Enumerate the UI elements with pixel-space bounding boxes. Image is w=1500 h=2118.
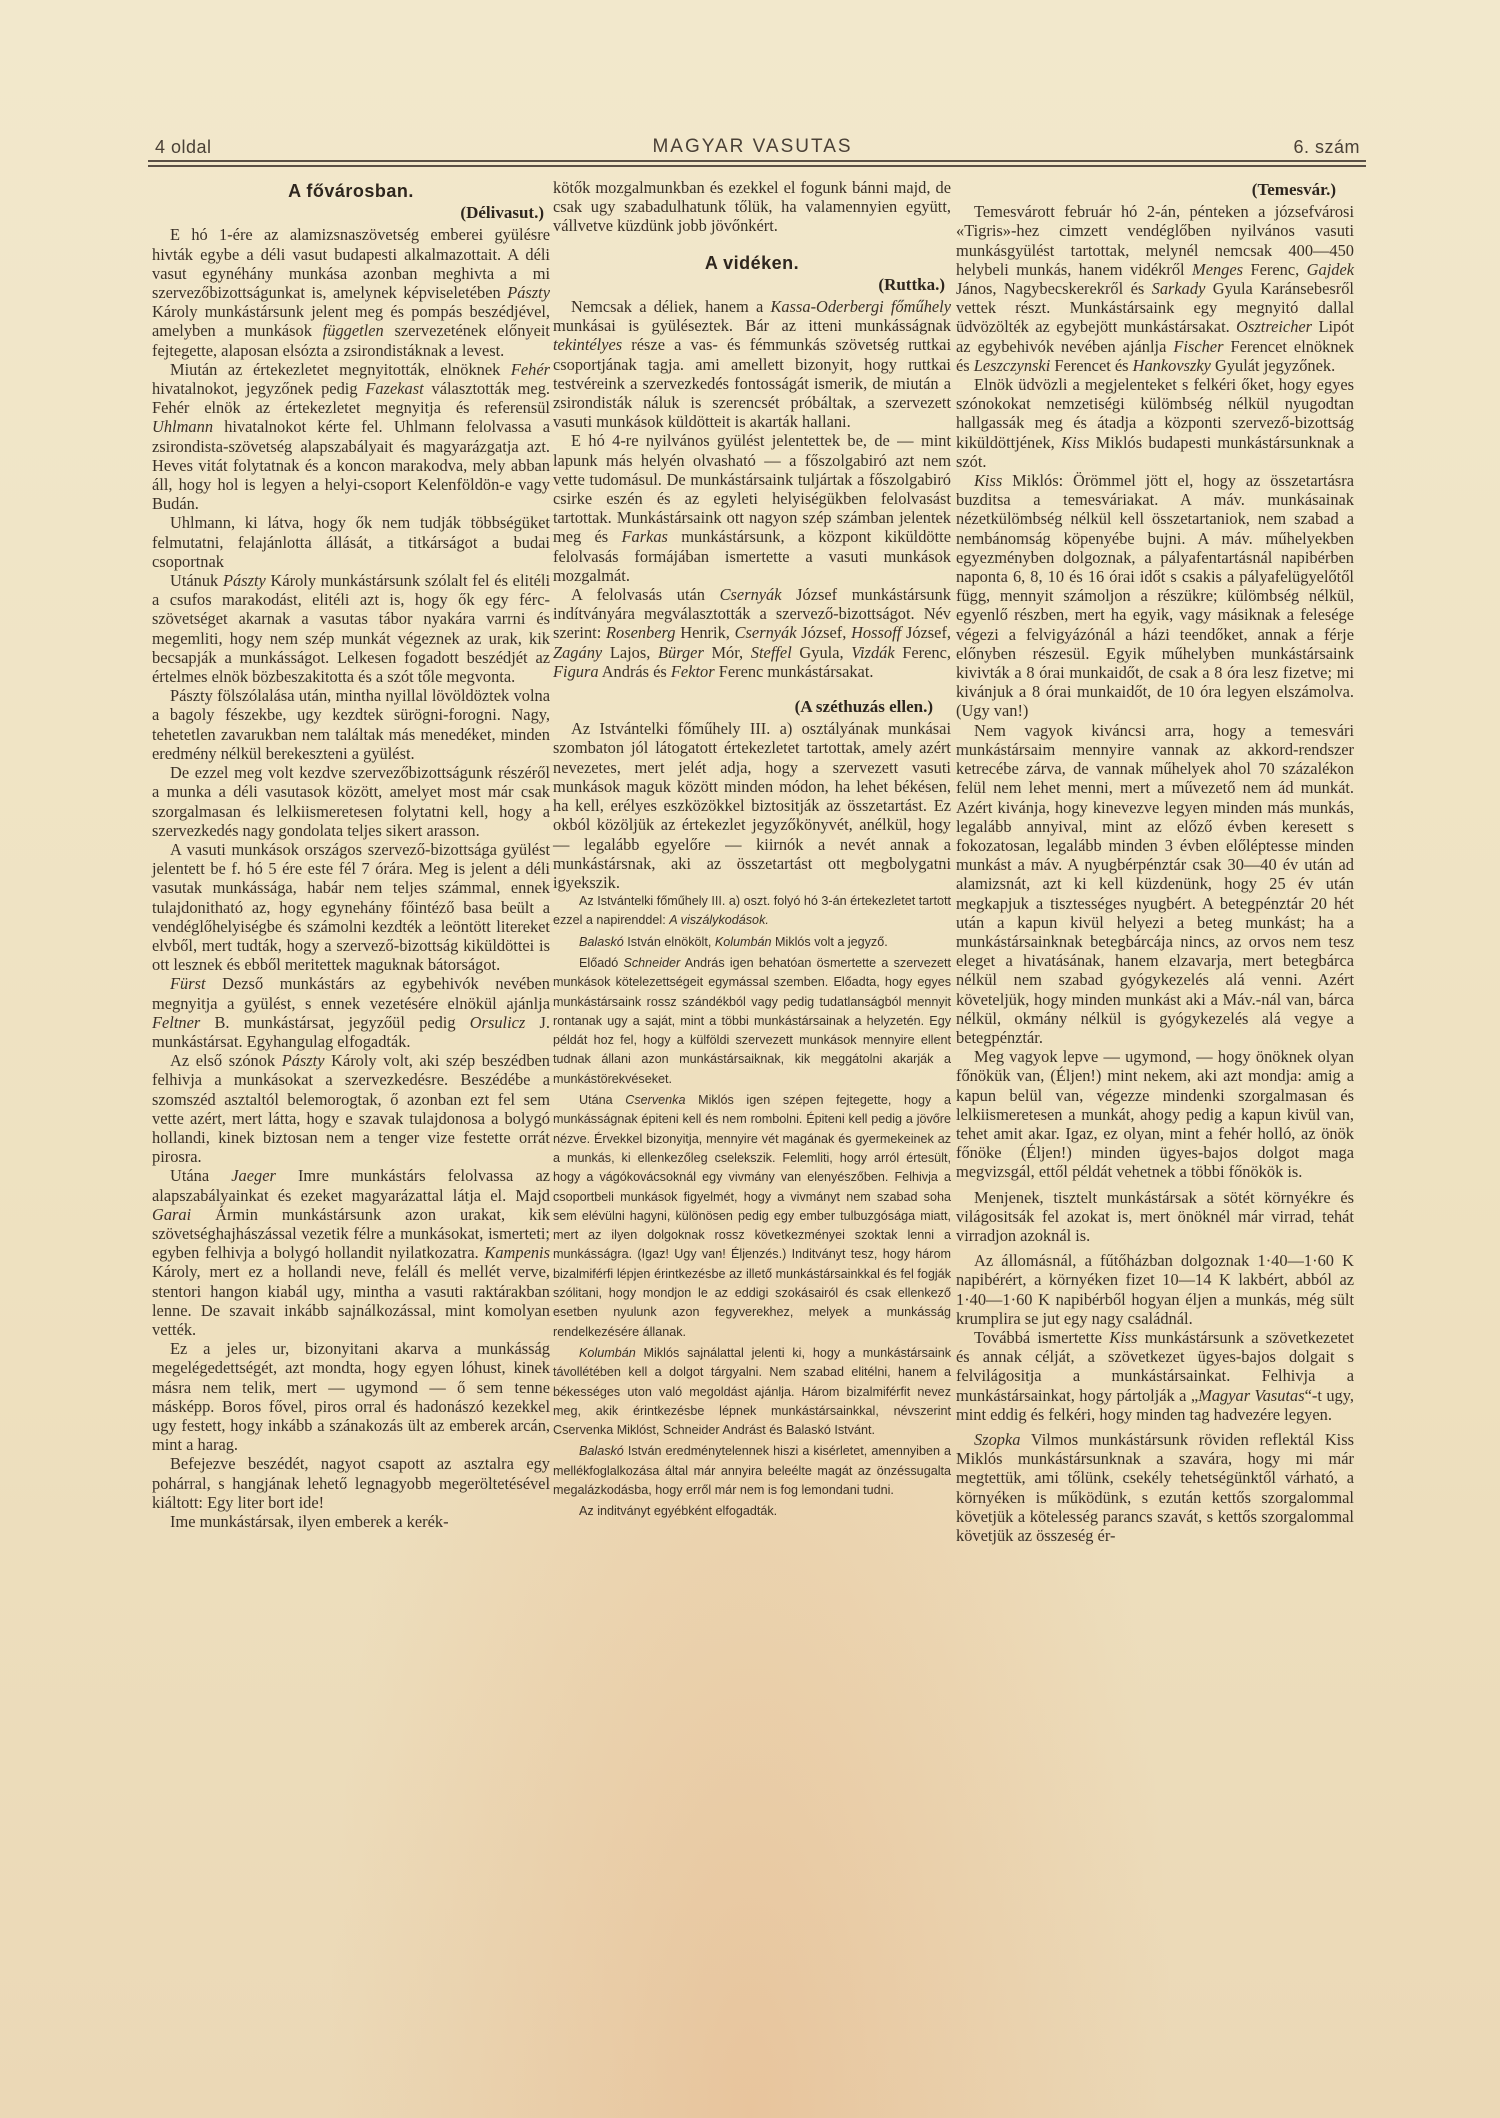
emphasized-name: Osztreicher (1236, 317, 1312, 336)
text-run: Uhlmann, ki látva, hogy ők nem tudják tö… (152, 513, 550, 570)
emphasized-name: Farkas (621, 527, 667, 546)
article-paragraph: Befejezve beszédét, nagyot csapott az as… (152, 1454, 550, 1512)
emphasized-name: Kampenis (484, 1243, 550, 1262)
text-run: Ime munkástársak, ilyen emberek a kerék- (170, 1512, 449, 1531)
text-run: hivatalnokot, jegyzőnek pedig (152, 379, 365, 398)
article-paragraph: A felolvasás után Csernyák József munkás… (553, 585, 951, 681)
article-paragraph: Kiss Miklós: Örömmel jött el, hogy az ös… (956, 471, 1354, 721)
emphasized-name: Steffel (751, 643, 792, 662)
emphasized-name: Schneider (623, 956, 680, 970)
emphasized-name: Jaeger (231, 1166, 276, 1185)
text-run: Henrik, (676, 623, 735, 642)
text-run: Miklós: Örömmel jött el, hogy az összeta… (956, 471, 1354, 720)
text-run: Ferenc, (1243, 260, 1307, 279)
text-run: József, (797, 623, 852, 642)
spacer (553, 681, 951, 695)
column-left: A fővárosban.(Délivasut.)E hó 1-ére az a… (152, 178, 550, 1531)
text-run: Ez a jeles ur, bizonyitani akarva a munk… (152, 1339, 550, 1454)
page-header: 4 oldal MAGYAR VASUTAS 6. szám (155, 128, 1360, 158)
text-run: Miután az értekezletet megnyitották, eln… (170, 360, 511, 379)
section-heading: A fővárosban. (152, 182, 550, 201)
article-paragraph: kötők mozgalmunkban és ezekkel el fogunk… (553, 178, 951, 236)
section-subheading: (Temesvár.) (956, 180, 1336, 199)
emphasized-name: Orsulicz (470, 1013, 526, 1032)
text-run: Nem vagyok kiváncsi arra, hogy a temesvá… (956, 721, 1354, 1047)
emphasized-name: független (323, 321, 384, 340)
text-run: József, (901, 623, 951, 642)
article-paragraph: Utánuk Pászty Károly munkástársunk szóla… (152, 571, 550, 686)
text-run: De ezzel meg volt kezdve szervezőbizotts… (152, 763, 550, 840)
article-paragraph: Szopka Vilmos munkástársunk röviden refl… (956, 1430, 1354, 1545)
article-paragraph: A vasuti munkások országos szervező-bizo… (152, 840, 550, 974)
article-paragraph: Utána Jaeger Imre munkástárs felolvassa … (152, 1166, 550, 1339)
emphasized-name: Fazekast (365, 379, 423, 398)
minutes-small-print: Az Istvántelki főműhely III. a) oszt. fo… (553, 892, 951, 1522)
article-paragraph: E hó 1-ére az alamizsnaszövetség emberei… (152, 225, 550, 359)
text-run: Előadó (579, 956, 623, 970)
emphasized-name: Balaskó (579, 1444, 624, 1458)
text-run: János, Nagybecskerekről és (956, 279, 1152, 298)
article-paragraph: Nemcsak a déliek, hanem a Kassa-Oderberg… (553, 297, 951, 431)
minutes-paragraph: Előadó Schneider András igen behatóan ös… (553, 954, 951, 1089)
text-run: B. munkástársat, jegyzőül pedig (200, 1013, 470, 1032)
emphasized-name: Rosenberg (606, 623, 676, 642)
emphasized-name: Vizdák (851, 643, 894, 662)
emphasized-name: Pászty (507, 283, 550, 302)
article-paragraph: Fürst Dezső munkástárs az egybehivók nev… (152, 974, 550, 1051)
text-run: Miklós volt a jegyző. (772, 935, 888, 949)
text-run: Meg vagyok lepve — ugymond, — hogy önökn… (956, 1047, 1354, 1181)
article-paragraph: Továbbá ismertette Kiss munkástársunk a … (956, 1328, 1354, 1424)
emphasized-name: Pászty (223, 571, 266, 590)
text-run: Utána (170, 1166, 231, 1185)
emphasized-name: Cservenka (625, 1093, 685, 1107)
column-middle: kötők mozgalmunkban és ezekkel el fogunk… (553, 178, 951, 1524)
article-paragraph: E hó 4-re nyilvános gyülést jelentettek … (553, 431, 951, 585)
emphasized-name: Fischer (1173, 337, 1223, 356)
column-right: (Temesvár.)Temesvárott február hó 2-án, … (956, 178, 1354, 1545)
article-paragraph: De ezzel meg volt kezdve szervezőbizotts… (152, 763, 550, 840)
emphasized-name: Bürger (658, 643, 704, 662)
emphasized-name: tekintélyes (553, 335, 622, 354)
emphasized-name: Pászty (282, 1051, 325, 1070)
article-paragraph: Uhlmann, ki látva, hogy ők nem tudják tö… (152, 513, 550, 571)
text-run: Gyulát jegyzőnek. (1211, 356, 1335, 375)
text-run: E hó 1-ére az alamizsnaszövetség emberei… (152, 225, 550, 302)
article-paragraph: Nem vagyok kiváncsi arra, hogy a temesvá… (956, 721, 1354, 1047)
minutes-paragraph: Az Istvántelki főműhely III. a) oszt. fo… (553, 892, 951, 931)
article-paragraph: Meg vagyok lepve — ugymond, — hogy önökn… (956, 1047, 1354, 1181)
article-paragraph: Elnök üdvözli a megjelenteket s felkéri … (956, 375, 1354, 471)
article-paragraph: Pászty fölszólalása után, mintha nyillal… (152, 686, 550, 763)
text-run: Az Istvántelki főműhely III. a) osztályá… (553, 719, 951, 892)
minutes-paragraph: Az inditványt egyébként elfogadták. (553, 1502, 951, 1521)
emphasized-name: Feltner (152, 1013, 200, 1032)
emphasized-name: Garai (152, 1205, 191, 1224)
article-paragraph: Az első szónok Pászty Károly volt, aki s… (152, 1051, 550, 1166)
article-paragraph: Temesvárott február hó 2-án, pénteken a … (956, 202, 1354, 375)
emphasized-name: Balaskó (579, 935, 624, 949)
emphasized-name: Uhlmann (152, 417, 213, 436)
text-run: Menjenek, tisztelt munkástársak a sötét … (956, 1188, 1354, 1245)
text-run: Ferencet és (1050, 356, 1132, 375)
emphasized-name: Csernyák (720, 585, 782, 604)
header-double-rule (148, 160, 1366, 167)
emphasized-name: Kassa-Oderbergi főműhely (770, 297, 951, 316)
minutes-paragraph: Utána Cservenka Miklós igen szépen fejte… (553, 1091, 951, 1342)
article-paragraph: Miután az értekezletet megnyitották, eln… (152, 360, 550, 514)
text-run: Ferenc munkástársakat. (715, 662, 874, 681)
emphasized-name: Leszczynski (974, 356, 1050, 375)
text-run: Mór, (704, 643, 751, 662)
text-run: Utána (579, 1093, 625, 1107)
emphasized-name: Hossoff (851, 623, 901, 642)
article-paragraph: Az Istvántelki főműhely III. a) osztályá… (553, 719, 951, 892)
section-heading: A vidéken. (553, 254, 951, 273)
section-subheading: (Ruttka.) (553, 275, 945, 294)
text-run: Miklós igen szépen fejtegette, hogy a mu… (553, 1093, 951, 1339)
spacer (553, 236, 951, 250)
emphasized-name: Fektor (671, 662, 715, 681)
emphasized-name: Figura (553, 662, 599, 681)
issue-number: 6. szám (1293, 137, 1360, 158)
text-run: András és (599, 662, 671, 681)
emphasized-name: Hankovszky (1133, 356, 1211, 375)
emphasized-name: Sarkady (1152, 279, 1206, 298)
emphasized-name: A viszálykodások. (669, 913, 769, 927)
article-paragraph: Az állomásnál, a fűtőházban dolgoznak 1·… (956, 1251, 1354, 1328)
text-run: Károly, mert ez a hollandi neve, feláll … (152, 1262, 550, 1339)
emphasized-name: Szopka (974, 1430, 1020, 1449)
text-run: A vasuti munkások országos szervező-bizo… (152, 840, 550, 974)
text-run: Az inditványt egyébként elfogadták. (579, 1504, 777, 1518)
text-run: Dezső munkástárs az egybehivók nevében m… (152, 974, 550, 1012)
emphasized-name: Csernyák (735, 623, 797, 642)
article-paragraph: Ime munkástársak, ilyen emberek a kerék- (152, 1512, 550, 1531)
text-run: Nemcsak a déliek, hanem a (571, 297, 770, 316)
emphasized-name: Kiss (1061, 433, 1089, 452)
text-run: Lajos, (602, 643, 658, 662)
text-run: Utánuk (170, 571, 223, 590)
text-run: munkásai is gyüléseztek. Bár az itteni m… (553, 316, 951, 335)
text-run: Gyula, (792, 643, 851, 662)
emphasized-name: Kiss (974, 471, 1002, 490)
section-subheading: (Délivasut.) (152, 203, 544, 222)
text-run: A felolvasás után (571, 585, 720, 604)
emphasized-name: Kolumbán (715, 935, 772, 949)
text-run: Az állomásnál, a fűtőházban dolgoznak 1·… (956, 1251, 1354, 1328)
text-run: István elnökölt, (624, 935, 715, 949)
minutes-paragraph: Balaskó István eredménytelennek hiszi a … (553, 1442, 951, 1500)
text-run: Ferenc, (895, 643, 951, 662)
emphasized-name: Fehér (511, 360, 550, 379)
text-run: András igen behatóan ösmertette a szerve… (553, 956, 951, 1086)
text-run: kötők mozgalmunkban és ezekkel el fogunk… (553, 178, 951, 235)
emphasized-name: Kiss (1109, 1328, 1137, 1347)
text-run: Pászty fölszólalása után, mintha nyillal… (152, 686, 550, 763)
emphasized-name: Magyar Vasutas (1198, 1386, 1304, 1405)
emphasized-name: Gajdek (1307, 260, 1354, 279)
page-number: 4 oldal (155, 137, 212, 158)
minutes-paragraph: Balaskó István elnökölt, Kolumbán Miklós… (553, 933, 951, 952)
article-paragraph: Menjenek, tisztelt munkástársak a sötét … (956, 1188, 1354, 1246)
masthead-title: MAGYAR VASUTAS (652, 136, 852, 158)
section-subheading: (A széthuzás ellen.) (553, 697, 933, 716)
text-run: Továbbá ismertette (974, 1328, 1109, 1347)
emphasized-name: Fürst (170, 974, 206, 993)
emphasized-name: Menges (1192, 260, 1243, 279)
minutes-paragraph: Kolumbán Miklós sajnálattal jelenti ki, … (553, 1344, 951, 1440)
text-run: Befejezve beszédét, nagyot csapott az as… (152, 1454, 550, 1511)
emphasized-name: Kolumbán (579, 1346, 636, 1360)
article-paragraph: Ez a jeles ur, bizonyitani akarva a munk… (152, 1339, 550, 1454)
text-run: Az első szónok (170, 1051, 282, 1070)
emphasized-name: Zagány (553, 643, 602, 662)
